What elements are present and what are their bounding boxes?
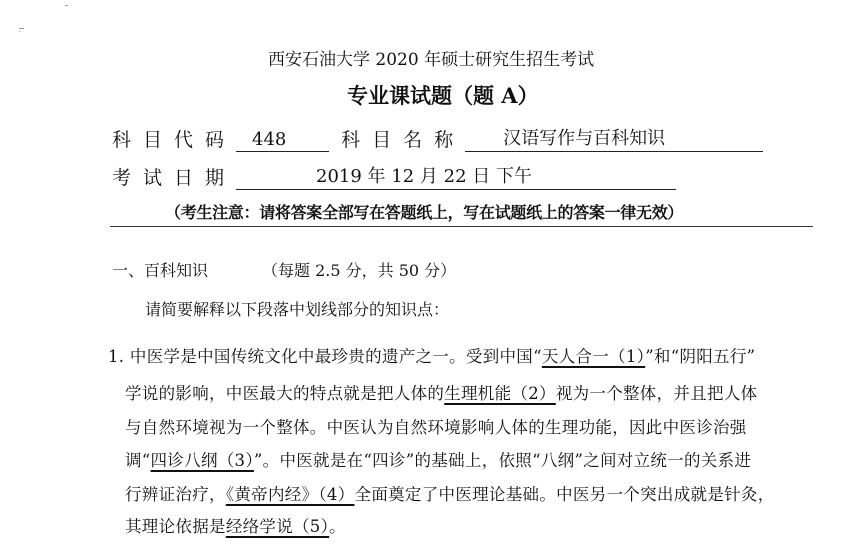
section-heading: 一、百科知识（每题 2.5 分，共 50 分） [112, 258, 456, 281]
exam-notice: （考生注意：请将答案全部写在答题纸上，写在试题纸上的答案一律无效） [165, 200, 683, 223]
question-1-line-2: 学说的影响，中医最大的特点就是把人体的生理机能（2）视为一个整体，并且把人体 [125, 380, 757, 404]
paragraph-text: 其理论依据是 [125, 517, 226, 536]
university-title: 西安石油大学 2020 年硕士研究生招生考试 [268, 45, 594, 70]
underlined-term-1: 天人合一（1） [542, 347, 645, 366]
section-score: （每题 2.5 分，共 50 分） [262, 261, 456, 280]
paragraph-text: 中医学是中国传统文化中最珍贵的遗产之一。受到中国“ [130, 347, 542, 366]
paragraph-text: 行辨证治疗， [125, 485, 226, 504]
paper-title: 专业课试题（题 A） [347, 80, 539, 110]
underlined-term-3: 四诊八纲（3） [151, 451, 254, 470]
paragraph-text: 学说的影响，中医最大的特点就是把人体的 [125, 384, 444, 403]
question-1-line-6: 其理论依据是经络学说（5）。 [125, 513, 346, 537]
subject-name-field: 汉语写作与百科知识 [465, 129, 763, 152]
question-number: 1. [108, 347, 124, 366]
subject-code-value: 448 [252, 129, 286, 150]
paragraph-text: 调“ [125, 451, 151, 470]
subject-row: 科目代码448 科目名称汉语写作与百科知识 [112, 125, 763, 152]
subject-code-label: 科目代码 [112, 129, 236, 151]
question-1-line-5: 行辨证治疗，《黄帝内经》（4）全面奠定了中医理论基础。中医另一个突出成就是针灸， [125, 481, 775, 505]
notice-divider [110, 226, 813, 227]
underlined-term-4: 《黄帝内经》（4） [226, 485, 355, 504]
exam-date-row: 考试日期2019 年 12 月 22 日 下午 [112, 163, 676, 190]
exam-date-value: 2019 年 12 月 22 日 下午 [316, 162, 532, 188]
underlined-term-5: 经络学说（5） [226, 517, 329, 536]
paragraph-text: 全面奠定了中医理论基础。中医另一个突出成就是针灸， [355, 485, 775, 504]
subject-name-label: 科目名称 [341, 129, 465, 151]
section-instruction: 请简要解释以下段落中划线部分的知识点： [145, 297, 449, 320]
question-1-line-4: 调“四诊八纲（3）”。中医就是在“四诊”的基础上，依照“八纲”之间对立统一的关系… [125, 447, 751, 471]
scan-speck [19, 28, 24, 29]
exam-date-field: 2019 年 12 月 22 日 下午 [236, 167, 676, 190]
underlined-term-2: 生理机能（2） [444, 384, 556, 403]
paragraph-text: 与自然环境视为一个整体。中医认为自然环境影响人体的生理功能，因此中医诊治强 [125, 418, 747, 437]
subject-name-value: 汉语写作与百科知识 [503, 124, 665, 150]
exam-date-label: 考试日期 [112, 167, 236, 189]
paragraph-text: 视为一个整体，并且把人体 [556, 384, 758, 403]
scan-speck [65, 5, 68, 6]
paragraph-text: ”。中医就是在“四诊”的基础上，依照“八纲”之间对立统一的关系进 [254, 451, 751, 470]
question-1-line-1: 1. 中医学是中国传统文化中最珍贵的遗产之一。受到中国“天人合一（1）”和“阴阳… [108, 343, 755, 367]
paragraph-text: 。 [329, 517, 346, 536]
section-title: 一、百科知识 [112, 261, 208, 280]
question-1-line-3: 与自然环境视为一个整体。中医认为自然环境影响人体的生理功能，因此中医诊治强 [125, 414, 747, 438]
scan-speck [19, 31, 20, 32]
paragraph-text: ”和“阴阳五行” [645, 347, 755, 366]
subject-code-field: 448 [236, 129, 329, 152]
